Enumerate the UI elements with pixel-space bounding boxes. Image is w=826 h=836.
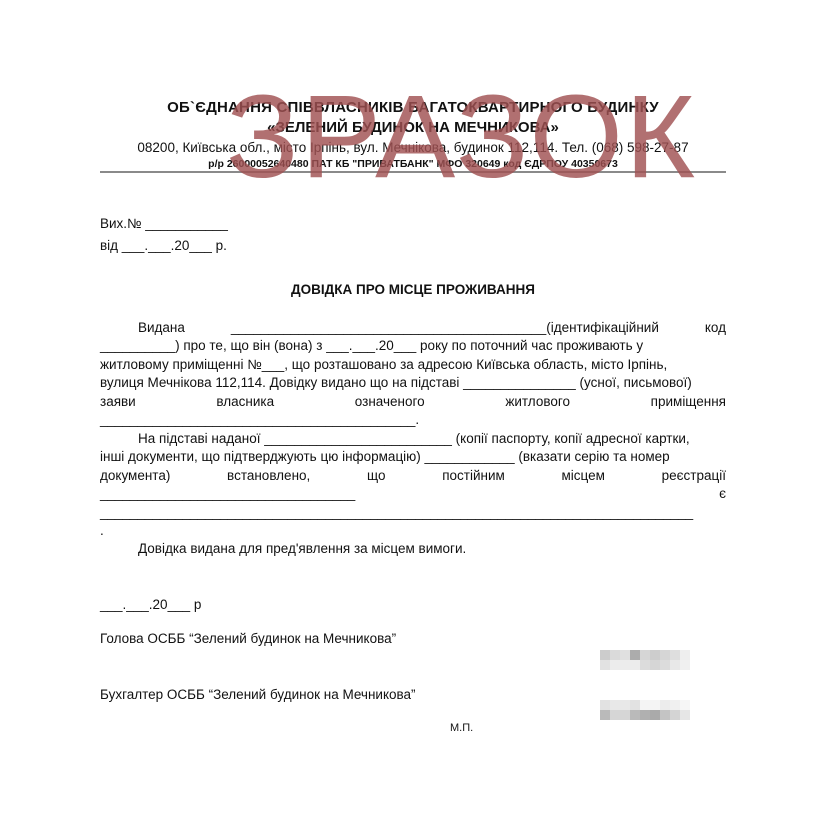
text-line: вулиця Мечнікова 112,114. Довідку видано… <box>100 374 726 392</box>
header-separator <box>100 171 726 173</box>
accountant-signature-label: Бухгалтер ОСББ “Зелений будинок на Мечни… <box>100 687 416 702</box>
text-line: __________) про те, що він (вона) з ___.… <box>100 337 726 355</box>
text-fragment: житловому приміщенні №___, що розташован… <box>100 356 667 374</box>
org-name-line2: «ЗЕЛЕНИЙ БУДИНОК НА МЕЧНИКОВА» <box>100 119 726 136</box>
org-name-line1: ОБ`ЄДНАННЯ СПІВВЛАСНИКІВ БАГАТОКВАРТИРНО… <box>100 99 726 116</box>
text-line: житловому приміщенні №___, що розташован… <box>100 356 726 374</box>
org-address: 08200, Київська обл., місто Ірпінь, вул.… <box>100 140 726 155</box>
text-fragment: ________________________________________… <box>100 411 419 429</box>
text-line: Видана__________________________________… <box>100 319 726 337</box>
text-fragment: __________) про те, що він (вона) з ___.… <box>100 337 643 355</box>
text-fragment: місцем <box>562 467 605 485</box>
text-fragment: приміщення <box>651 393 726 411</box>
text-fragment: інші документи, що підтверджують цю інфо… <box>100 448 670 466</box>
body-paragraph-2: На підставі наданої ____________________… <box>100 430 726 540</box>
text-fragment: __________________________________ <box>100 485 355 503</box>
text-line: документа)встановлено,щопостійниммісцемр… <box>100 467 726 485</box>
head-signature-redacted <box>600 650 690 670</box>
text-fragment: вулиця Мечнікова 112,114. Довідку видано… <box>100 374 692 392</box>
purpose-line: Довідка видана для пред'явлення за місце… <box>100 540 726 558</box>
certificate-document: ОБ`ЄДНАННЯ СПІВВЛАСНИКІВ БАГАТОКВАРТИРНО… <box>0 0 826 836</box>
text-fragment: документа) <box>100 467 170 485</box>
text-fragment: житлового <box>505 393 570 411</box>
accountant-signature-redacted <box>600 700 690 720</box>
stamp-place-mark: М.П. <box>450 722 473 734</box>
text-fragment: що <box>367 467 385 485</box>
text-line: . <box>100 522 726 540</box>
text-fragment: код <box>705 319 726 337</box>
text-fragment: заяви <box>100 393 136 411</box>
text-fragment: . <box>100 522 104 540</box>
text-fragment: є <box>719 485 726 503</box>
outgoing-number: Вих.№ ___________ <box>100 216 228 231</box>
body-paragraph-1: Видана__________________________________… <box>100 319 726 429</box>
text-fragment: ________________________________________… <box>231 319 659 337</box>
text-line: ________________________________________… <box>100 411 726 429</box>
head-signature-label: Голова ОСББ “Зелений будинок на Мечников… <box>100 631 396 646</box>
text-fragment: ________________________________________… <box>100 504 693 522</box>
text-line: На підставі наданої ____________________… <box>100 430 726 448</box>
sample-watermark: ЗРАЗОК <box>226 78 697 196</box>
org-bank-details: р/р 26000052640480 ПАТ КБ "ПРИВАТБАНК" М… <box>100 158 726 170</box>
text-fragment: встановлено, <box>227 467 310 485</box>
text-line: заявивласникаозначеногожитловогоприміщен… <box>100 393 726 411</box>
text-line: інші документи, що підтверджують цю інфо… <box>100 448 726 466</box>
outgoing-date: від ___.___.20___ р. <box>100 238 227 253</box>
text-line: __________________________________є <box>100 485 726 503</box>
text-fragment: реєстрації <box>662 467 726 485</box>
text-fragment: Видана <box>138 319 185 337</box>
text-fragment: означеного <box>355 393 425 411</box>
body-paragraph-3: Довідка видана для пред'явлення за місце… <box>100 540 726 558</box>
document-title: ДОВІДКА ПРО МІСЦЕ ПРОЖИВАННЯ <box>100 282 726 297</box>
text-line: ________________________________________… <box>100 504 726 522</box>
text-fragment: На підставі наданої ____________________… <box>138 430 690 448</box>
text-fragment: власника <box>216 393 274 411</box>
text-fragment: постійним <box>442 467 505 485</box>
signature-date: ___.___.20___ р <box>100 597 201 612</box>
